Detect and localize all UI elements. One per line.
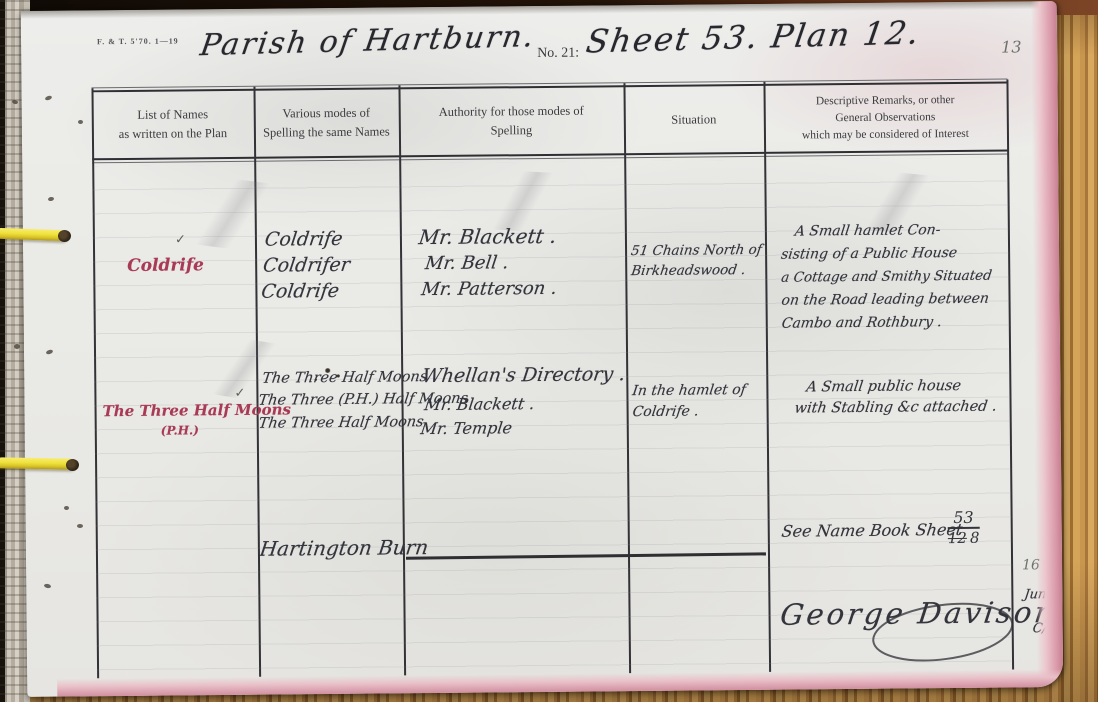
header-line: List of Names xyxy=(137,105,208,125)
plan-name-note: (P.H.) xyxy=(161,423,199,437)
authority-entry: Mr. Blackett . xyxy=(417,224,558,249)
column-header-situation: Situation xyxy=(624,88,765,151)
surveyor-signature: George Davison xyxy=(778,595,1058,632)
remarks-line: A Small hamlet Con- xyxy=(794,222,942,239)
column-header-names: List of Names as written on the Plan xyxy=(92,93,255,157)
remarks-line: a Cottage and Smithy Situated xyxy=(780,268,993,286)
punch-mark xyxy=(78,120,83,124)
situation-line: Coldrife . xyxy=(632,403,700,420)
header-line: Descriptive Remarks, or other xyxy=(816,92,955,110)
fraction-sheet: 53 xyxy=(948,508,980,529)
header-line: Authority for those modes of xyxy=(439,102,584,122)
pencil-folio-number: 13 xyxy=(1001,37,1022,56)
header-line: as written on the Plan xyxy=(119,124,228,144)
column-header-spellings: Various modes of Spelling the same Names xyxy=(254,91,400,154)
remarks-line: with Stabling &c attached . xyxy=(794,399,998,417)
photographed-name-book: F. & T. 5'70. 1—19 Parish of Hartburn. N… xyxy=(0,0,1098,702)
binding-hole-bottom xyxy=(66,459,79,471)
sheet-plan-script: Sheet 53. Plan 12. xyxy=(584,13,924,60)
reference-note: See Name Book Sheet xyxy=(781,520,964,541)
binding-cord-bottom xyxy=(0,457,76,469)
authority-entry: Mr. Patterson . xyxy=(420,278,558,300)
spelling-entry: Coldrifer xyxy=(262,254,352,277)
punch-mark xyxy=(14,344,20,349)
form-mark: F. & T. 5'70. 1—19 xyxy=(97,36,179,46)
column-header-authority: Authority for those modes of Spelling xyxy=(399,89,625,153)
situation-line: In the hamlet of xyxy=(631,382,747,399)
remarks-line: Cambo and Rothbury . xyxy=(781,314,943,332)
situation-line: Birkheadswood . xyxy=(630,262,746,279)
header-line: General Observations xyxy=(835,109,935,127)
punch-mark xyxy=(77,524,83,528)
sheet-number-label: No. 21: xyxy=(537,46,579,62)
struck-plan-number: 12 xyxy=(948,529,967,547)
partial-name-entry: Hartington Burn xyxy=(258,535,430,561)
authority-entry: Mr. Temple xyxy=(420,418,514,438)
authority-entry: Mr. Blackett . xyxy=(423,394,535,414)
plan-name-coldrife: Coldrife xyxy=(127,255,204,276)
header-line: Situation xyxy=(671,110,716,129)
header-line: which may be considered of Interest xyxy=(802,125,969,144)
punch-mark xyxy=(64,506,69,510)
header-line: Various modes of xyxy=(282,104,370,124)
parish-title-script: Parish of Hartburn. xyxy=(198,19,538,63)
surveyor-checkmark: ✓ xyxy=(175,231,186,247)
page-fore-edge xyxy=(1031,1,1064,687)
header-line: Spelling xyxy=(490,121,532,140)
sheet-plan-fraction: 53 128 xyxy=(948,508,980,547)
spelling-entry: Coldrife xyxy=(263,228,344,251)
spelling-entry: The Three Half Moons xyxy=(258,414,425,432)
name-book-page: F. & T. 5'70. 1—19 Parish of Hartburn. N… xyxy=(21,1,1064,697)
spelling-entry: The Three Half Moons xyxy=(261,369,428,387)
header-line: Spelling the same Names xyxy=(263,122,390,142)
column-header-remarks: Descriptive Remarks, or other General Ob… xyxy=(763,84,1007,152)
remarks-line: on the Road leading between xyxy=(780,291,990,309)
corrected-plan-number: 8 xyxy=(970,529,980,547)
situation-line: 51 Chains North of xyxy=(630,242,763,259)
remarks-line: sisting of a Public House xyxy=(780,245,958,263)
fraction-plan: 128 xyxy=(948,529,980,547)
surveyor-checkmark: ✓ xyxy=(234,385,245,401)
spelling-entry: Coldrife xyxy=(260,280,341,303)
remarks-line: A Small public house xyxy=(805,378,962,396)
binding-hole-top xyxy=(58,230,71,242)
authority-entry: Whellan's Directory . xyxy=(421,363,627,387)
authority-entry: Mr. Bell . xyxy=(424,252,510,274)
